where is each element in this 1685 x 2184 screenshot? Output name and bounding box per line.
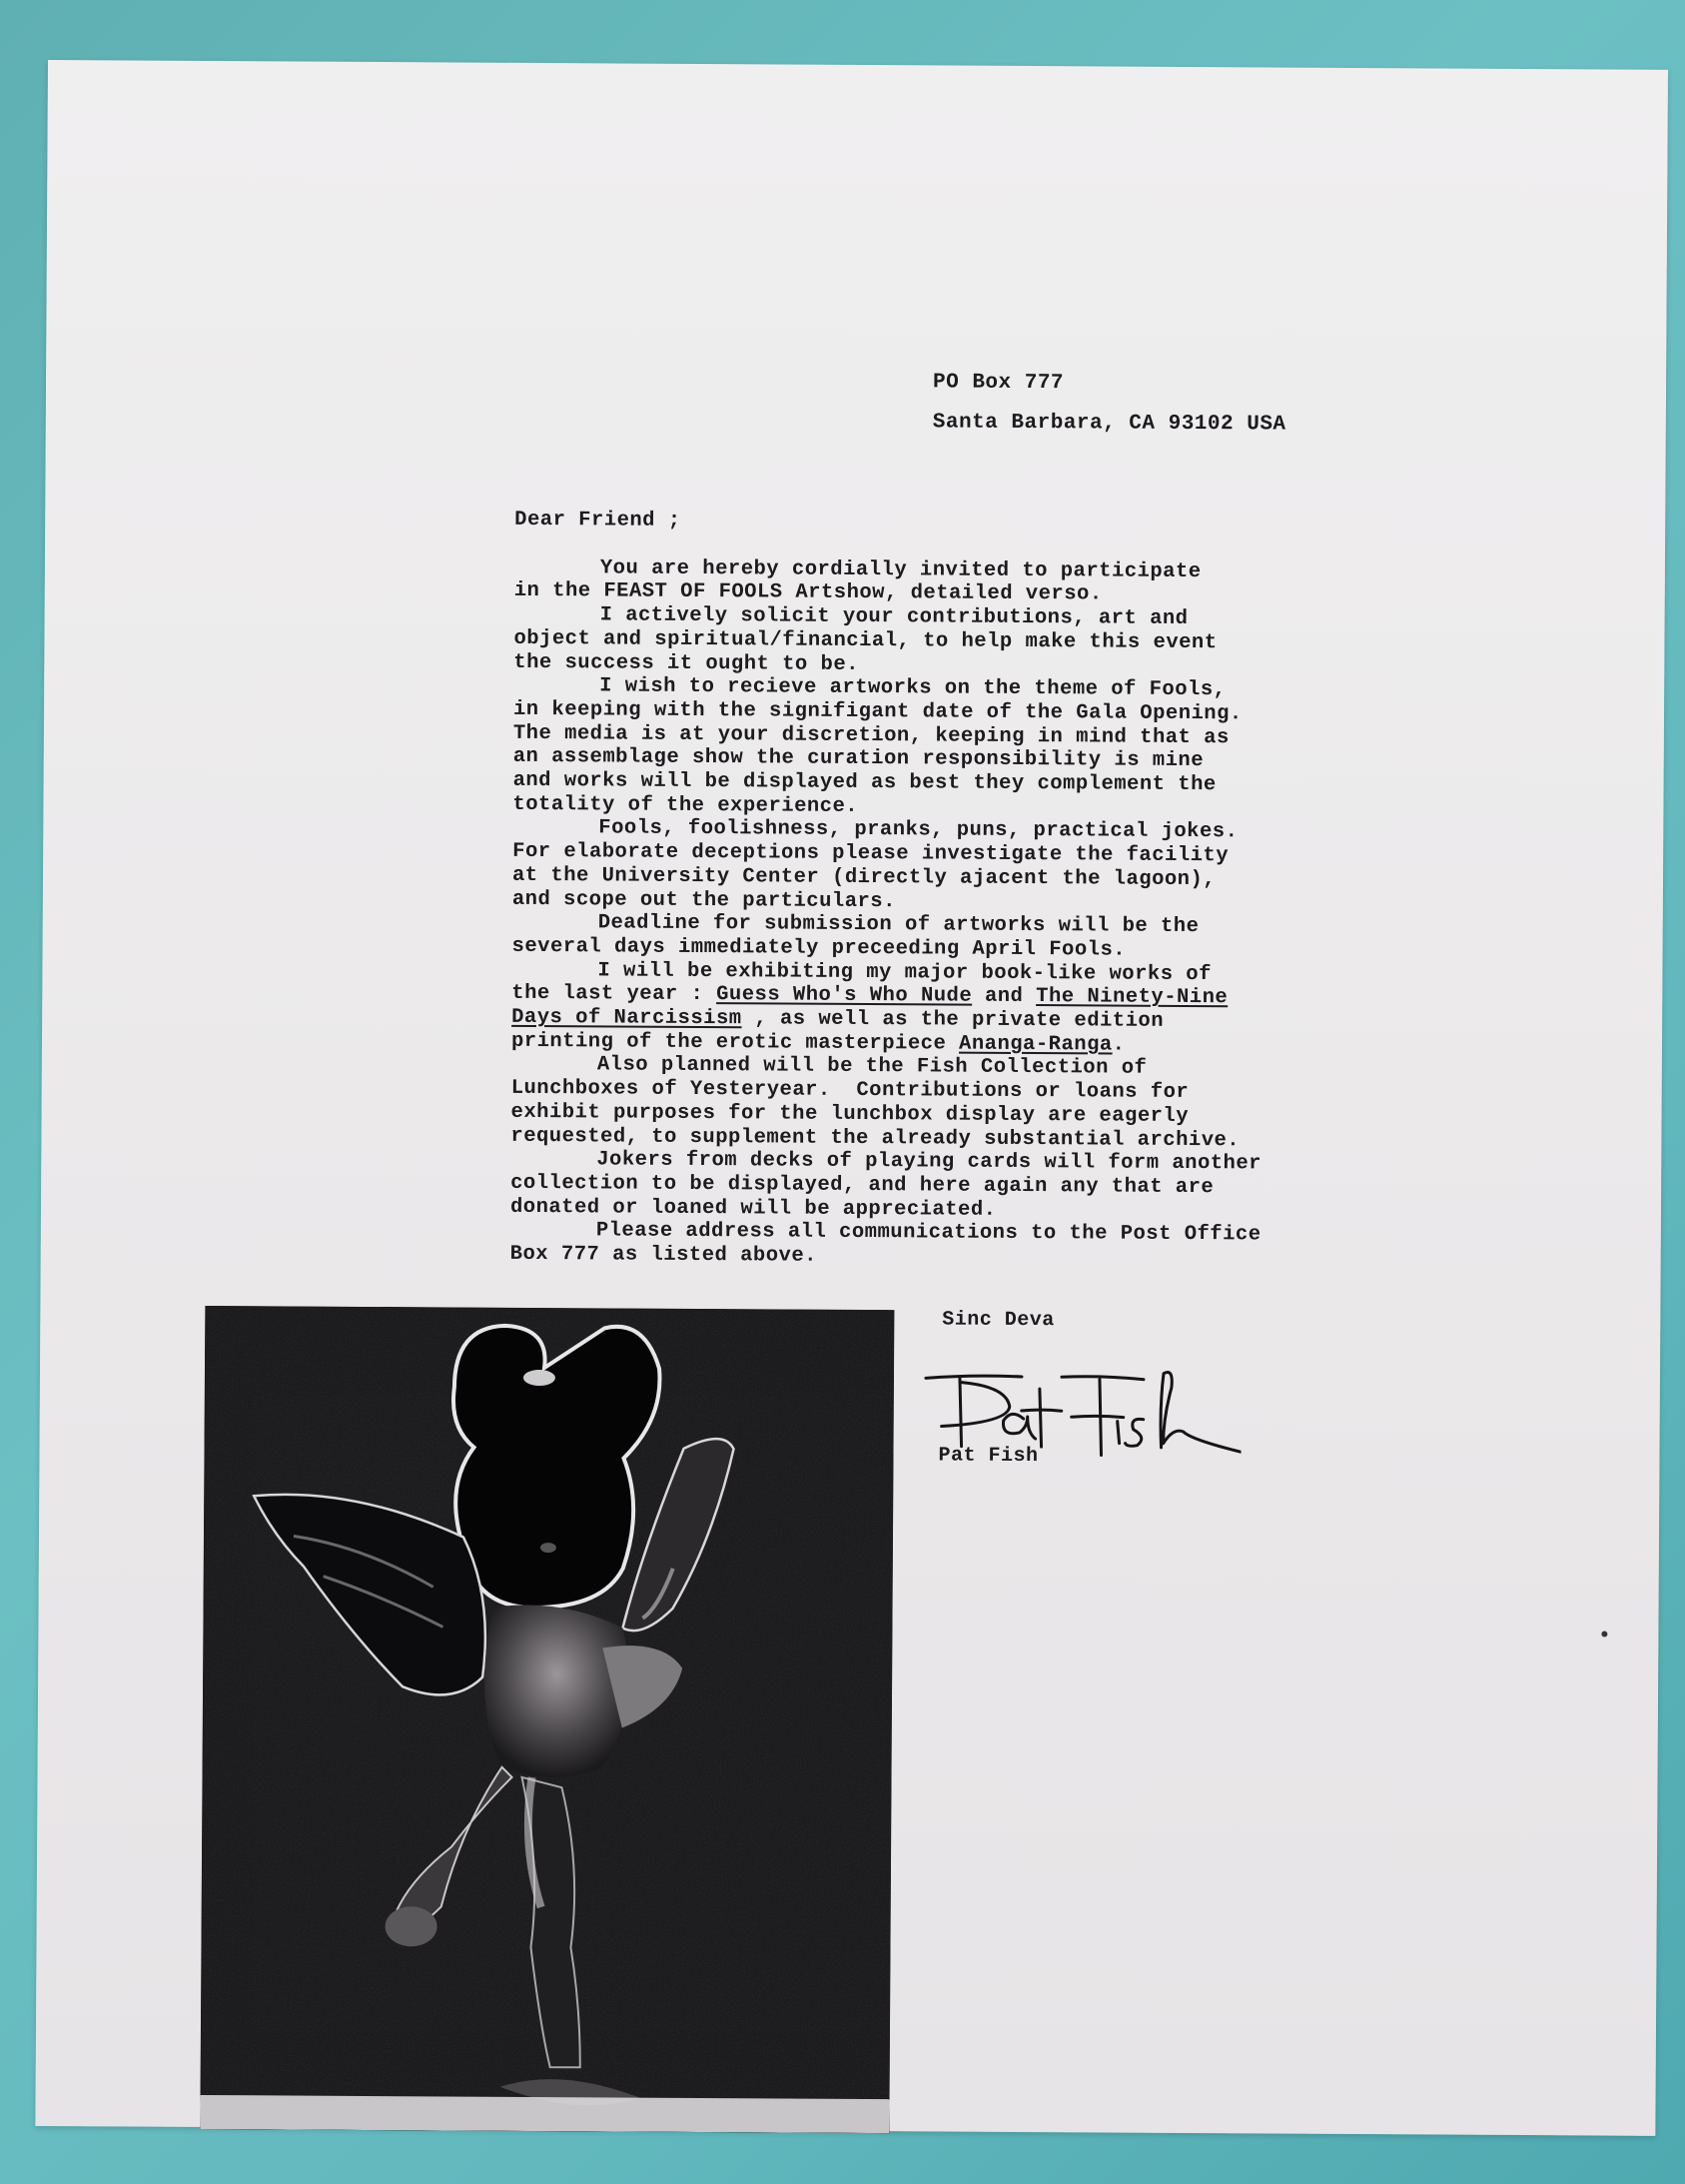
paragraph-exhibits: I will be exhibiting my major book-like …: [511, 959, 1491, 1060]
text-fragment: printing of the erotic masterpiece: [511, 1030, 959, 1056]
work-title-ninety-nine-part1: The Ninety-Nine: [1036, 985, 1228, 1009]
text-line: Please address all communications to the…: [596, 1220, 1262, 1247]
salutation: Dear Friend ;: [514, 509, 1493, 539]
text-line: at the University Center (directly ajace…: [512, 864, 1216, 891]
text-fragment: and: [972, 985, 1036, 1008]
text-fragment: , as well as the private edition: [742, 1007, 1165, 1033]
text-line: collection to be displayed, and here aga…: [510, 1172, 1214, 1199]
work-title-ninety-nine-part2: Days of Narcissism: [511, 1006, 742, 1030]
text-line: and scope out the particulars.: [512, 887, 896, 912]
work-title-ananga-ranga: Ananga-Ranga: [959, 1032, 1113, 1056]
return-address: PO Box 777 Santa Barbara, CA 93102 USA: [933, 363, 1286, 445]
text-line: in the FEAST OF FOOLS Artshow, detailed …: [514, 579, 1103, 606]
text-line: and works will be displayed as best they…: [513, 769, 1217, 796]
text-line: The media is at your discretion, keeping…: [513, 721, 1230, 748]
paper-speck: [1601, 1632, 1607, 1638]
signature-icon: [911, 1346, 1242, 1458]
text-line: Box 777 as listed above.: [510, 1243, 817, 1268]
text-line: requested, to supplement the already sub…: [510, 1124, 1240, 1151]
text-line: the success it ought to be.: [513, 650, 859, 675]
printed-name: Pat Fish: [938, 1444, 1038, 1468]
paragraph-lunchboxes: Also planned will be the Fish Collection…: [510, 1053, 1490, 1154]
handwritten-signature: [911, 1346, 1242, 1458]
closing-text: Sinc Deva: [942, 1308, 1055, 1332]
text-line: Deadline for submission of artworks will…: [598, 912, 1200, 939]
text-line: For elaborate deceptions please investig…: [512, 840, 1229, 867]
work-title-guess-whos-who-nude: Guess Who's Who Nude: [716, 983, 972, 1008]
text-line: I wish to recieve artworks on the theme …: [599, 675, 1226, 702]
text-line: an assemblage show the curation responsi…: [513, 745, 1204, 772]
letter-page: PO Box 777 Santa Barbara, CA 93102 USA D…: [35, 60, 1668, 2136]
paragraph-pranks: Fools, foolishness, pranks, puns, practi…: [512, 816, 1492, 917]
text-line: Jokers from decks of playing cards will …: [596, 1149, 1262, 1176]
paragraph-invitation: You are hereby cordially invited to part…: [514, 556, 1493, 609]
text-line: You are hereby cordially invited to part…: [600, 556, 1202, 583]
text-line: totality of the experience.: [512, 793, 858, 818]
address-line-1: PO Box 777: [933, 363, 1286, 405]
text-line: several days immediately preceeding Apri…: [512, 935, 1127, 962]
paragraph-theme: I wish to recieve artworks on the theme …: [512, 674, 1492, 822]
cherub-photo: [200, 1306, 894, 2133]
text-line: I will be exhibiting my major book-like …: [597, 959, 1212, 986]
text-line: Also planned will be the Fish Collection…: [597, 1054, 1148, 1080]
text-line: donated or loaned will be appreciated.: [510, 1196, 997, 1222]
text-fragment: the last year :: [511, 982, 716, 1006]
paragraph-jokers: Jokers from decks of playing cards will …: [510, 1148, 1489, 1225]
text-line: exhibit purposes for the lunchbox displa…: [511, 1101, 1190, 1128]
paragraph-deadline: Deadline for submission of artworks will…: [512, 911, 1491, 964]
text-line: I actively solicit your contributions, a…: [600, 603, 1189, 630]
text-line: Lunchboxes of Yesteryear. Contributions …: [511, 1077, 1190, 1104]
closing: Sinc Deva: [942, 1308, 1055, 1332]
text-line: object and spiritual/financial, to help …: [513, 627, 1217, 654]
cherub-photo-icon: [200, 1306, 894, 2133]
address-line-2: Santa Barbara, CA 93102 USA: [933, 403, 1286, 445]
paragraph-communications: Please address all communications to the…: [510, 1219, 1489, 1272]
text-line: in keeping with the signifigant date of …: [513, 698, 1243, 725]
text-fragment: .: [1113, 1033, 1126, 1056]
text-line: Fools, foolishness, pranks, puns, practi…: [598, 817, 1238, 844]
paragraph-solicit: I actively solicit your contributions, a…: [513, 603, 1492, 680]
letter-body: Dear Friend ; You are hereby cordially i…: [510, 509, 1494, 1273]
